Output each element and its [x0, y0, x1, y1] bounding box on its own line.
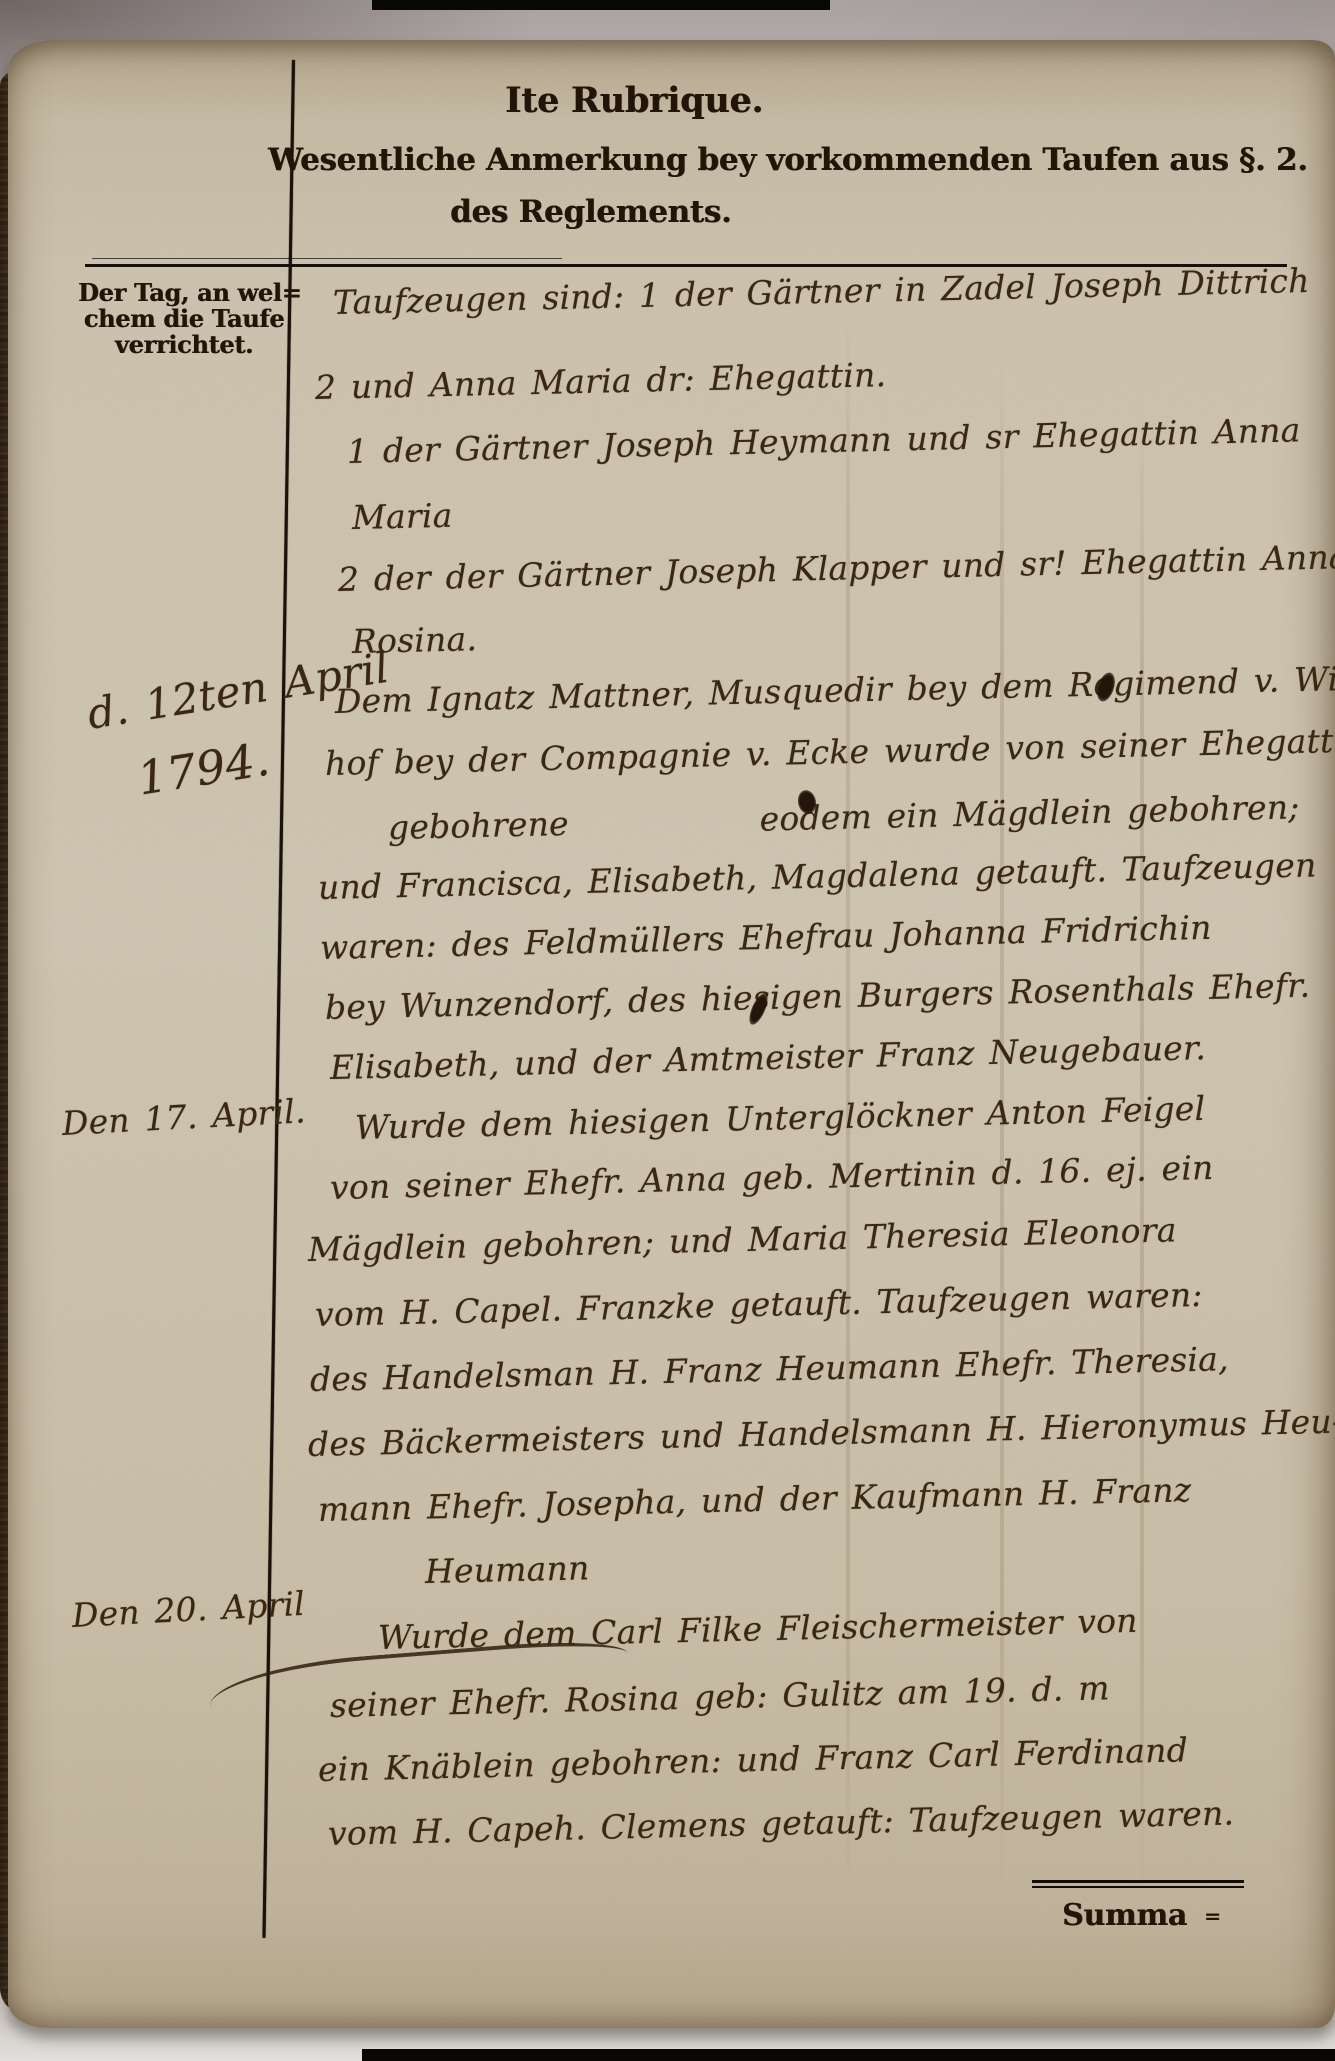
entry-1-line: Maria — [352, 496, 453, 537]
summa-rule-top — [1032, 1880, 1244, 1883]
date-column-header-line2: chem die Taufe — [78, 304, 290, 333]
rubrique-subtitle-2: des Reglements. — [450, 194, 730, 230]
entry-3-line: Heumann — [425, 1548, 590, 1591]
header-horizontal-rule-double — [92, 258, 562, 259]
rubrique-subtitle: Wesentliche Anmerkung bey vorkommenden T… — [268, 142, 1308, 178]
summa-rule-bottom — [1032, 1886, 1244, 1888]
date-column-header-line3: verrichtet. — [78, 330, 290, 359]
scan-top-black-strip — [372, 0, 830, 10]
date-column-header-line1: Der Tag, an wel= — [78, 278, 290, 307]
scan-bottom-black-strip — [362, 2049, 1335, 2061]
rubrique-title: Ite Rubrique. — [505, 80, 763, 121]
scanned-register-page: { "document": { "colors": { "paper": "#c… — [0, 0, 1335, 2061]
summa-mark: = — [1204, 1904, 1220, 1928]
summa-label: Summa — [1062, 1898, 1187, 1933]
